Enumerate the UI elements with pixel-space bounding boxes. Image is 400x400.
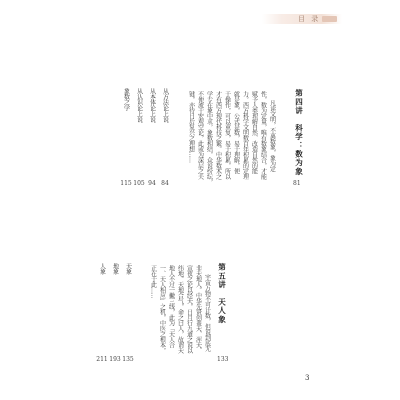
summary-line: 宇宙万物不可计数，但说到底无: [203, 265, 212, 353]
lecture-4-section-list: 从方法论上说 从本体论上说 从认识论上说 象数之学: [120, 88, 172, 122]
toc-entry-ontology[interactable]: 从本体论上说: [146, 88, 159, 122]
folio-page-number: 3: [305, 374, 309, 382]
summary-line: 赋予人类理解自然、改造自然的能: [250, 91, 259, 185]
summary-line: 地人不过一撇三线，此为「天人合: [167, 265, 176, 353]
summary-line: 才有西方现代科技之繁。中华数术之: [214, 91, 223, 185]
section-page-number: 135: [122, 356, 135, 363]
toc-entry-epistemology[interactable]: 从认识论上说: [133, 88, 146, 122]
summary-line: 凡读文明，不离数象，象为定: [268, 91, 277, 185]
summary-line: 键，亦待日后复兴之理想……: [187, 91, 196, 185]
lecture-5-title[interactable]: 第五讲 天人象: [218, 263, 227, 324]
summary-line: 于操作，可以重复，易于积累，所以: [223, 91, 232, 185]
summary-line: 学专在象中求，象数相结，众说纷纭，: [205, 91, 214, 185]
section-page-number: 115: [120, 180, 133, 187]
table-of-contents-page: 目 录 第四讲 科学：数为象 81 凡读文明，不离数象，象为定 性，数为定量，唯…: [0, 0, 400, 400]
section-page-number: 211: [96, 356, 109, 363]
section-page-number: 94: [146, 180, 159, 187]
section-page-number: 193: [109, 356, 122, 363]
summary-line: 不便流于宏观空论，此或为深层之关: [196, 91, 205, 185]
lecture-5-summary: 宇宙万物不可计数，但说到底无 非天地人。中华先贤创盖天、浑天、 宣夜之论以经天，…: [149, 265, 212, 353]
running-header: 目 录: [262, 14, 342, 24]
lecture-5-page-number: 133: [217, 356, 228, 363]
summary-line: 一、天人相应」之机，中医之根本，: [158, 265, 167, 353]
summary-line: 纬地。天地合气，命之曰人，故谓天: [176, 265, 185, 353]
summary-line: 非天地人。中华先贤创盖天、浑天、: [194, 265, 203, 353]
lecture-4-section-pages: 84 94 105 115: [120, 180, 172, 187]
toc-entry-methodology[interactable]: 从方法论上说: [159, 88, 172, 122]
summary-line: 就是象，公式是数，易于理解，便: [232, 91, 241, 185]
summary-line: 宣夜之论以经天，日月行九道之说以: [185, 265, 194, 353]
summary-line: 力。西方科学文明数百年积累的定理: [241, 91, 250, 185]
lecture-4-title[interactable]: 第四讲 科学：数为象: [295, 89, 304, 176]
lecture-5-section-pages: 135 193 211: [96, 356, 135, 363]
decorative-seal-icon: [322, 16, 337, 22]
toc-entry-heaven[interactable]: 天象: [122, 263, 135, 274]
section-page-number: 105: [133, 180, 146, 187]
lecture-5-section-list: 天象 地象 人象: [96, 263, 135, 274]
summary-line: 正在于此……: [149, 265, 158, 353]
lecture-4-page-number: 81: [293, 180, 301, 187]
summary-line: 性，数为定量，唯有数象结合，才能: [259, 91, 268, 185]
section-page-number: 84: [159, 180, 172, 187]
toc-entry-xiangshu[interactable]: 象数之学: [120, 88, 133, 122]
header-title: 目 录: [298, 15, 320, 23]
lecture-4-summary: 凡读文明，不离数象，象为定 性，数为定量，唯有数象结合，才能 赋予人类理解自然、…: [187, 91, 277, 185]
toc-entry-human[interactable]: 人象: [96, 263, 109, 274]
toc-entry-earth[interactable]: 地象: [109, 263, 122, 274]
